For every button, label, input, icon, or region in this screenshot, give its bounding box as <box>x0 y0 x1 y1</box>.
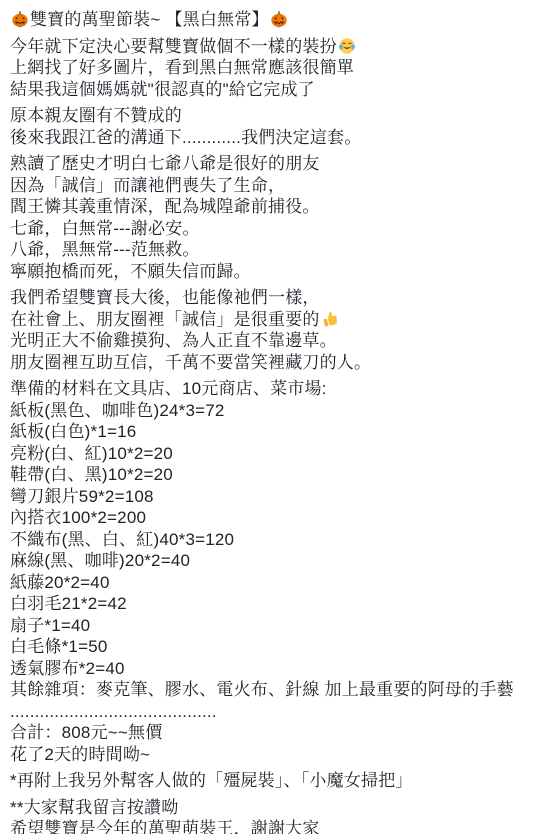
thumbs-up-icon <box>321 310 339 328</box>
post-line: 亮粉(白、紅)10*2=20 <box>10 443 527 465</box>
joy-emoji-icon <box>338 37 356 55</box>
post-line: 熟讀了歷史才明白七爺八爺是很好的朋友 <box>10 153 527 175</box>
post-line: 朋友圈裡互助互信，千萬不要當笑裡藏刀的人。 <box>10 352 527 374</box>
post-line: 花了2天的時間呦~ <box>10 744 527 766</box>
post-line: 白羽毛21*2=42 <box>10 593 527 615</box>
post-line: **大家幫我留言按讚呦 <box>10 797 527 819</box>
post-line: 寧願抱橋而死，不願失信而歸。 <box>10 261 527 283</box>
post-line: 七爺，白無常---謝必安。 <box>10 218 527 240</box>
post-line: 紙板(白色)*1=16 <box>10 421 527 443</box>
post-body: 雙寶的萬聖節裝~ 【黑白無常】今年就下定決心要幫雙寶做個不一樣的裝扮上網找了好多… <box>0 0 537 834</box>
post-line: 不織布(黑、白、紅)40*3=120 <box>10 529 527 551</box>
post-line: 結果我這個媽媽就"很認真的"給它完成了 <box>10 79 527 101</box>
post-line: 我們希望雙寶長大後，也能像祂們一樣， <box>10 287 527 309</box>
post-paragraph: **大家幫我留言按讚呦希望雙寶是今年的萬聖萌裝王，謝謝大家 <box>10 797 527 834</box>
post-line: 麻線(黑、咖啡)20*2=40 <box>10 550 527 572</box>
pumpkin-icon <box>270 10 288 28</box>
post-line: 在社會上、朋友圈裡「誠信」是很重要的 <box>10 309 527 331</box>
post-line: 因為「誠信」而讓祂們喪失了生命， <box>10 175 527 197</box>
post-line: 準備的材料在文具店、10元商店、菜市場: <box>10 378 527 400</box>
post-title: 雙寶的萬聖節裝~ 【黑白無常】 <box>10 9 527 31</box>
post-line: 鞋帶(白、黑)10*2=20 <box>10 464 527 486</box>
post-line: *再附上我另外幫客人做的「殭屍裝」、「小魔女掃把」 <box>10 770 527 792</box>
post-line: 合計：808元~~無價 <box>10 722 527 744</box>
post-line: ........................................… <box>10 701 527 723</box>
post-line: 希望雙寶是今年的萬聖萌裝王，謝謝大家 <box>10 818 527 834</box>
post-line: 紙板(黑色、咖啡色)24*3=72 <box>10 400 527 422</box>
post-line: 彎刀銀片59*2=108 <box>10 486 527 508</box>
post-paragraph: 熟讀了歷史才明白七爺八爺是很好的朋友因為「誠信」而讓祂們喪失了生命，閻王憐其義重… <box>10 153 527 282</box>
post-line: 今年就下定決心要幫雙寶做個不一樣的裝扮 <box>10 36 527 58</box>
post-line: 後來我跟江爸的溝通下............我們決定這套。 <box>10 127 527 149</box>
post-paragraph: 原本親友圈有不贊成的後來我跟江爸的溝通下............我們決定這套。 <box>10 105 527 148</box>
post-line: 上網找了好多圖片，看到黑白無常應該很簡單 <box>10 57 527 79</box>
post-line: 透氣膠布*2=40 <box>10 658 527 680</box>
post-line: 閻王憐其義重情深，配為城隍爺前捕役。 <box>10 196 527 218</box>
post-line: 光明正大不偷雞摸狗、為人正直不靠邊草。 <box>10 330 527 352</box>
post-line: 紙藤20*2=40 <box>10 572 527 594</box>
post-paragraph: *再附上我另外幫客人做的「殭屍裝」、「小魔女掃把」 <box>10 770 527 792</box>
pumpkin-icon <box>11 10 29 28</box>
post-paragraph: 今年就下定決心要幫雙寶做個不一樣的裝扮上網找了好多圖片，看到黑白無常應該很簡單結… <box>10 36 527 101</box>
post-line: 八爺，黑無常---范無救。 <box>10 239 527 261</box>
post-line: 扇子*1=40 <box>10 615 527 637</box>
post-paragraph: 準備的材料在文具店、10元商店、菜市場:紙板(黑色、咖啡色)24*3=72紙板(… <box>10 378 527 765</box>
post-paragraph: 我們希望雙寶長大後，也能像祂們一樣，在社會上、朋友圈裡「誠信」是很重要的光明正大… <box>10 287 527 373</box>
post-line: 原本親友圈有不贊成的 <box>10 105 527 127</box>
post-paragraph: 雙寶的萬聖節裝~ 【黑白無常】 <box>10 9 527 31</box>
post-line: 白毛條*1=50 <box>10 636 527 658</box>
post-line: 其餘雜項：麥克筆、膠水、電火布、針線 加上最重要的阿母的手藝 <box>10 679 527 701</box>
post-line: 內搭衣100*2=200 <box>10 507 527 529</box>
